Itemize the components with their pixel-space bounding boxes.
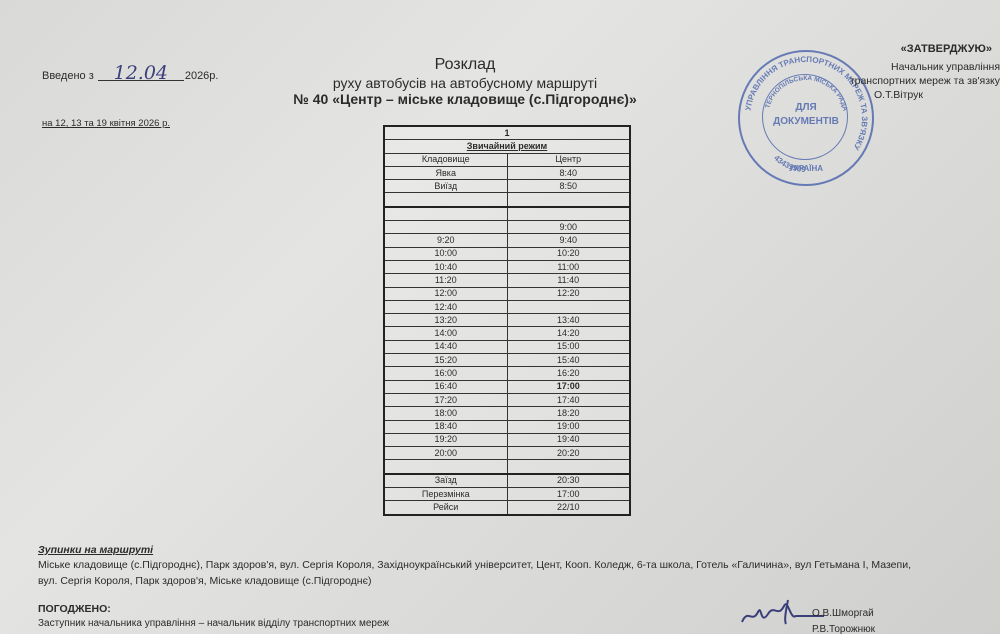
departure-cemetery: 17:20	[384, 393, 507, 406]
row-label: Рейси	[384, 501, 507, 515]
header-row: КладовищеЦентр	[384, 153, 630, 166]
table-row: Перезмінка17:00	[384, 488, 630, 501]
row-label: Перезмінка	[384, 488, 507, 501]
title-line2: руху автобусів на автобусному маршруті	[280, 75, 650, 91]
departure-center: 19:00	[507, 420, 630, 433]
row-value: 8:40	[507, 166, 630, 179]
table-row: Явка8:40	[384, 166, 630, 179]
departure-cemetery: 12:00	[384, 287, 507, 300]
trip-row: 10:0010:20	[384, 247, 630, 260]
trip-row: 16:4017:00	[384, 380, 630, 393]
signer-1: О.В.Шморгай	[812, 608, 874, 619]
stops-line2: вул. Сергія Короля, Парк здоров'я, Міськ…	[38, 573, 998, 589]
departure-center: 16:20	[507, 367, 630, 380]
table-cell	[384, 460, 507, 474]
row-label: Заїзд	[384, 474, 507, 488]
departure-cemetery: 16:00	[384, 367, 507, 380]
departure-center	[507, 300, 630, 313]
table-row: Виїзд8:50	[384, 180, 630, 193]
departure-cemetery: 14:00	[384, 327, 507, 340]
departure-cemetery: 15:20	[384, 354, 507, 367]
handwritten-date: 12.04	[98, 66, 184, 81]
agreed-heading: ПОГОДЖЕНО:	[38, 603, 111, 615]
column-header: Центр	[507, 153, 630, 166]
title-line3: № 40 «Центр – міське кладовище (с.Підгор…	[280, 91, 650, 107]
row-value: 17:00	[507, 488, 630, 501]
departure-cemetery: 10:00	[384, 247, 507, 260]
departure-center: 14:20	[507, 327, 630, 340]
trip-row: 14:0014:20	[384, 327, 630, 340]
trip-row: 19:2019:40	[384, 433, 630, 446]
schedule-mode: Звичайний режим	[384, 140, 630, 153]
schedule-number: 1	[384, 126, 630, 140]
departure-center: 20:20	[507, 447, 630, 460]
row-value: 22/10	[507, 501, 630, 515]
introduced-prefix: Введено з	[42, 70, 94, 82]
stops-list: Міське кладовище (с.Підгороднє), Парк зд…	[38, 557, 998, 589]
departure-cemetery: 18:40	[384, 420, 507, 433]
table-cell	[507, 460, 630, 474]
trip-row: 18:4019:00	[384, 420, 630, 433]
departure-cemetery: 13:20	[384, 314, 507, 327]
trip-row: 14:4015:00	[384, 340, 630, 353]
trip-row: 12:40	[384, 300, 630, 313]
introduced-date: Введено з 12.042026р.	[42, 66, 218, 82]
stamp-center-line1: ДЛЯ	[740, 102, 872, 113]
departure-cemetery: 20:00	[384, 447, 507, 460]
schedule-table: 1Звичайний режимКладовищеЦентрЯвка8:40Ви…	[383, 125, 631, 516]
departure-cemetery: 18:00	[384, 407, 507, 420]
row-label: Виїзд	[384, 180, 507, 193]
introduced-suffix: 2026р.	[185, 70, 219, 82]
trip-row: 11:2011:40	[384, 274, 630, 287]
departure-cemetery: 10:40	[384, 260, 507, 273]
dates-note: на 12, 13 та 19 квітня 2026 р.	[42, 118, 170, 129]
signer-2: Р.В.Торожнюк	[812, 624, 875, 634]
departure-cemetery: 14:40	[384, 340, 507, 353]
stops-line1: Міське кладовище (с.Підгороднє), Парк зд…	[38, 557, 998, 573]
table-row: Заїзд20:30	[384, 474, 630, 488]
schedule-number-row: 1	[384, 126, 630, 140]
stops-heading: Зупинки на маршруті	[38, 544, 153, 556]
departure-center: 19:40	[507, 433, 630, 446]
departure-center: 13:40	[507, 314, 630, 327]
trip-row: 20:0020:20	[384, 447, 630, 460]
empty-row	[384, 207, 630, 221]
stamp-country: УКРАЇНА	[740, 164, 872, 173]
empty-row	[384, 460, 630, 474]
trip-row: 9:209:40	[384, 234, 630, 247]
departure-center: 17:40	[507, 393, 630, 406]
table-cell	[384, 207, 507, 221]
table-cell	[507, 207, 630, 221]
approval-position-1: Начальник управління	[840, 60, 1000, 74]
departure-center: 11:40	[507, 274, 630, 287]
table-cell	[507, 193, 630, 207]
schedule-mode-row: Звичайний режим	[384, 140, 630, 153]
departure-center: 10:20	[507, 247, 630, 260]
trip-row: 10:4011:00	[384, 260, 630, 273]
title-line1: Розклад	[280, 56, 650, 74]
departure-center: 17:00	[507, 380, 630, 393]
trip-row: 13:2013:40	[384, 314, 630, 327]
departure-cemetery: 12:40	[384, 300, 507, 313]
departure-center: 15:00	[507, 340, 630, 353]
departure-cemetery	[384, 221, 507, 234]
document-title: Розклад руху автобусів на автобусному ма…	[280, 56, 650, 107]
empty-row	[384, 193, 630, 207]
table-row: Рейси22/10	[384, 501, 630, 515]
stamp-center-line2: ДОКУМЕНТІВ	[740, 116, 872, 127]
departure-center: 11:00	[507, 260, 630, 273]
trip-row: 18:0018:20	[384, 407, 630, 420]
trip-row: 16:0016:20	[384, 367, 630, 380]
trip-row: 9:00	[384, 221, 630, 234]
row-value: 8:50	[507, 180, 630, 193]
departure-cemetery: 9:20	[384, 234, 507, 247]
departure-center: 18:20	[507, 407, 630, 420]
approval-block: «ЗАТВЕРДЖУЮ» Начальник управління трансп…	[840, 42, 1000, 102]
trip-row: 12:0012:20	[384, 287, 630, 300]
row-label: Явка	[384, 166, 507, 179]
departure-center: 9:00	[507, 221, 630, 234]
agreed-position: Заступник начальника управління – началь…	[38, 618, 389, 629]
table-cell	[384, 193, 507, 207]
departure-cemetery: 11:20	[384, 274, 507, 287]
trip-row: 15:2015:40	[384, 354, 630, 367]
departure-cemetery: 19:20	[384, 433, 507, 446]
row-value: 20:30	[507, 474, 630, 488]
approval-name: О.Т.Вітрук	[840, 88, 1000, 102]
column-header: Кладовище	[384, 153, 507, 166]
departure-center: 9:40	[507, 234, 630, 247]
approval-heading: «ЗАТВЕРДЖУЮ»	[840, 42, 1000, 56]
departure-cemetery: 16:40	[384, 380, 507, 393]
approval-position-2: транспортних мереж та зв'язку	[840, 74, 1000, 88]
departure-center: 15:40	[507, 354, 630, 367]
departure-center: 12:20	[507, 287, 630, 300]
trip-row: 17:2017:40	[384, 393, 630, 406]
